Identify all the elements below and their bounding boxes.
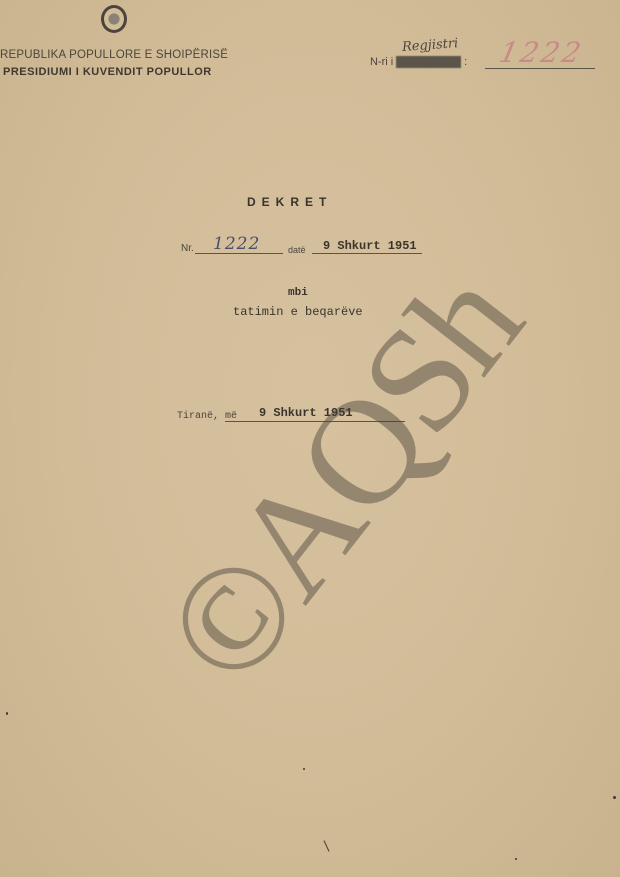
registry-label-suffix: : (464, 56, 467, 68)
decree-subject: tatimin e beqarëve (233, 305, 363, 319)
paper-speck (6, 712, 8, 715)
paper-speck (303, 768, 305, 770)
nr-value: 1222 (213, 234, 260, 254)
header-presidium: PRESIDIUMI I KUVENDIT POPULLOR (3, 66, 212, 78)
preposition: mbi (288, 287, 308, 299)
paper-speck (324, 840, 330, 851)
state-emblem-icon (101, 5, 127, 33)
date-label: datë (288, 245, 306, 255)
registry-number: 1222 (496, 36, 586, 69)
registry-struck-text: dekret-ligjes (396, 56, 461, 68)
date-underline (312, 253, 422, 254)
date-value: 9 Shkurt 1951 (323, 239, 417, 253)
registry-label: N-ri i dekret-ligjes : (370, 56, 467, 68)
header-republic: REPUBLIKA POPULLORE E SHOIPËRISË (0, 49, 228, 61)
paper-speck (613, 796, 616, 799)
registry-handwritten-label: Regjistri (402, 36, 459, 55)
document-title: DEKRET (247, 195, 332, 209)
nr-label: Nr. (181, 243, 194, 254)
paper-speck (515, 858, 517, 860)
document-page: REPUBLIKA POPULLORE E SHOIPËRISË PRESIDI… (0, 0, 620, 877)
registry-label-prefix: N-ri i (370, 56, 393, 68)
